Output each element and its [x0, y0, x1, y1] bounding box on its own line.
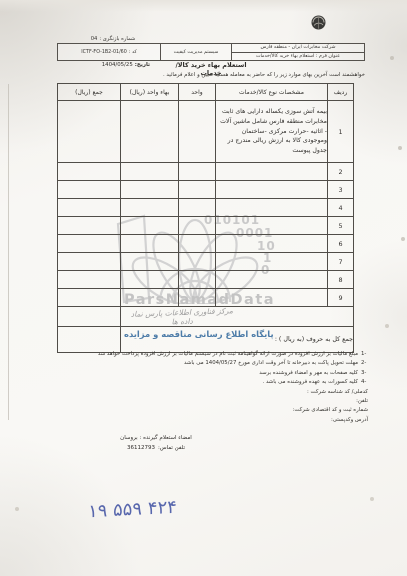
grand-total-merged-cell: [121, 307, 354, 327]
cell-row-no: 3: [328, 181, 354, 199]
inquiry-table: ردیف مشخصات نوع کالا/خدمات واحد بهاء واح…: [57, 83, 354, 353]
total-in-words-row: جمع کل به حروف (به ریال ) :: [58, 327, 354, 353]
cell-unit-price: [121, 181, 179, 199]
cell-unit-price: [121, 101, 179, 163]
company-id-field: کدملی/ کد شناسه شرکت :: [36, 388, 368, 397]
header-spec: مشخصات نوع کالا/خدمات: [216, 84, 328, 101]
cell-unit-price: [121, 163, 179, 181]
cell-row-no: 4: [328, 199, 354, 217]
cell-spec: [216, 271, 328, 289]
contact-phone-line: تلفن تماس: 36112793: [94, 443, 218, 453]
cell-total: [58, 289, 121, 307]
cell-row-no: 8: [328, 271, 354, 289]
note-line: 2- مهلت تحویل پاکت به دبیرخانه تا آخر وق…: [36, 359, 368, 368]
address-field: آدرس وکدپستی:: [36, 416, 368, 425]
table-row: 6: [58, 235, 354, 253]
table-header-row: ردیف مشخصات نوع کالا/خدمات واحد بهاء واح…: [58, 84, 354, 101]
header-total: جمع (ریال): [58, 84, 121, 101]
cell-unit: [179, 253, 216, 271]
note-line: 3- کلیه صفحات به مهر و امضاء فروشنده برس…: [36, 369, 368, 378]
table-row: 1 بیمه آتش سوزی یکساله دارایی های ثابت م…: [58, 101, 354, 163]
cell-total: [58, 199, 121, 217]
cell-total: [58, 217, 121, 235]
cell-spec: [216, 253, 328, 271]
cell-unit: [179, 271, 216, 289]
note-text: کلیه صفحات به مهر و امضاء فروشنده برسد: [259, 369, 358, 378]
registration-field: شماره ثبت و کد اقتصادی شرکت:: [36, 406, 368, 415]
header-unit: واحد: [179, 84, 216, 101]
table-row: 5: [58, 217, 354, 235]
cell-row-no: 2: [328, 163, 354, 181]
cell-unit-price: [121, 253, 179, 271]
cell-unit-price: [121, 289, 179, 307]
contact-phone-label: تلفن تماس:: [158, 443, 185, 453]
cell-total: [58, 235, 121, 253]
table-row: 8: [58, 271, 354, 289]
signature-block: امضاء استعلام گیرنده : بروسان تلفن تماس:…: [94, 433, 218, 453]
header-row-no: ردیف: [328, 84, 354, 101]
cell-unit-price: [121, 199, 179, 217]
cell-unit: [179, 217, 216, 235]
cell-unit: [179, 181, 216, 199]
cell-unit: [179, 101, 216, 163]
cell-row-no: 9: [328, 289, 354, 307]
total-in-words-label: جمع کل به حروف (به ریال ) :: [121, 327, 354, 353]
cell-row-no: 5: [328, 217, 354, 235]
cell-spec: [216, 289, 328, 307]
signer-line: امضاء استعلام گیرنده : بروسان: [94, 433, 218, 443]
note-text: مهلت تحویل پاکت به دبیرخانه تا آخر وقت ا…: [184, 359, 358, 368]
note-line: 1- مبلغ مالیات بر ارزش افزوده در صورت ار…: [36, 350, 368, 359]
cell-total: [58, 271, 121, 289]
total-in-words-amount-cell: [58, 327, 121, 353]
table-row: 3: [58, 181, 354, 199]
note-text: کلیه کسورات به عهده فروشنده می باشد .: [263, 378, 358, 387]
vendor-fields-block: تلفن: شماره ثبت و کد اقتصادی شرکت: آدرس …: [36, 397, 368, 425]
cell-unit: [179, 289, 216, 307]
cell-spec: [216, 199, 328, 217]
table-row: 7: [58, 253, 354, 271]
cell-unit-price: [121, 271, 179, 289]
cell-total: [58, 181, 121, 199]
cell-total: [58, 101, 121, 163]
contact-phone-value: 36112793: [127, 443, 155, 453]
table-row: 2: [58, 163, 354, 181]
header-unit-price: بهاء واحد (ریال): [121, 84, 179, 101]
cell-row-no: 1: [328, 101, 354, 163]
cell-spec: [216, 181, 328, 199]
cell-unit-price: [121, 235, 179, 253]
note-number: 3-: [361, 369, 368, 378]
cell-total: [58, 253, 121, 271]
note-number: 2-: [361, 359, 368, 368]
cell-spec: [216, 217, 328, 235]
grand-total-amount-cell: [58, 307, 121, 327]
cell-spec: بیمه آتش سوزی یکساله دارایی های ثابت مخا…: [216, 101, 328, 163]
cell-total: [58, 163, 121, 181]
cell-unit: [179, 163, 216, 181]
grand-total-row: [58, 307, 354, 327]
table-row: 4: [58, 199, 354, 217]
cell-unit-price: [121, 217, 179, 235]
cell-row-no: 6: [328, 235, 354, 253]
phone-field: تلفن:: [36, 397, 368, 406]
note-number: 4-: [361, 378, 368, 387]
cell-spec: [216, 163, 328, 181]
cell-spec: [216, 235, 328, 253]
cell-row-no: 7: [328, 253, 354, 271]
note-text: مبلغ مالیات بر ارزش افزوده در صورت ارائه…: [98, 350, 358, 359]
cell-unit: [179, 199, 216, 217]
scanned-inquiry-form: شماره بازنگری : 04 شرکت مخابرات ایران - …: [0, 0, 407, 576]
notes-block: 1- مبلغ مالیات بر ارزش افزوده در صورت ار…: [36, 350, 368, 397]
cell-unit: [179, 235, 216, 253]
table-row: 9: [58, 289, 354, 307]
note-number: 1-: [361, 350, 368, 359]
note-line: 4- کلیه کسورات به عهده فروشنده می باشد .: [36, 378, 368, 387]
